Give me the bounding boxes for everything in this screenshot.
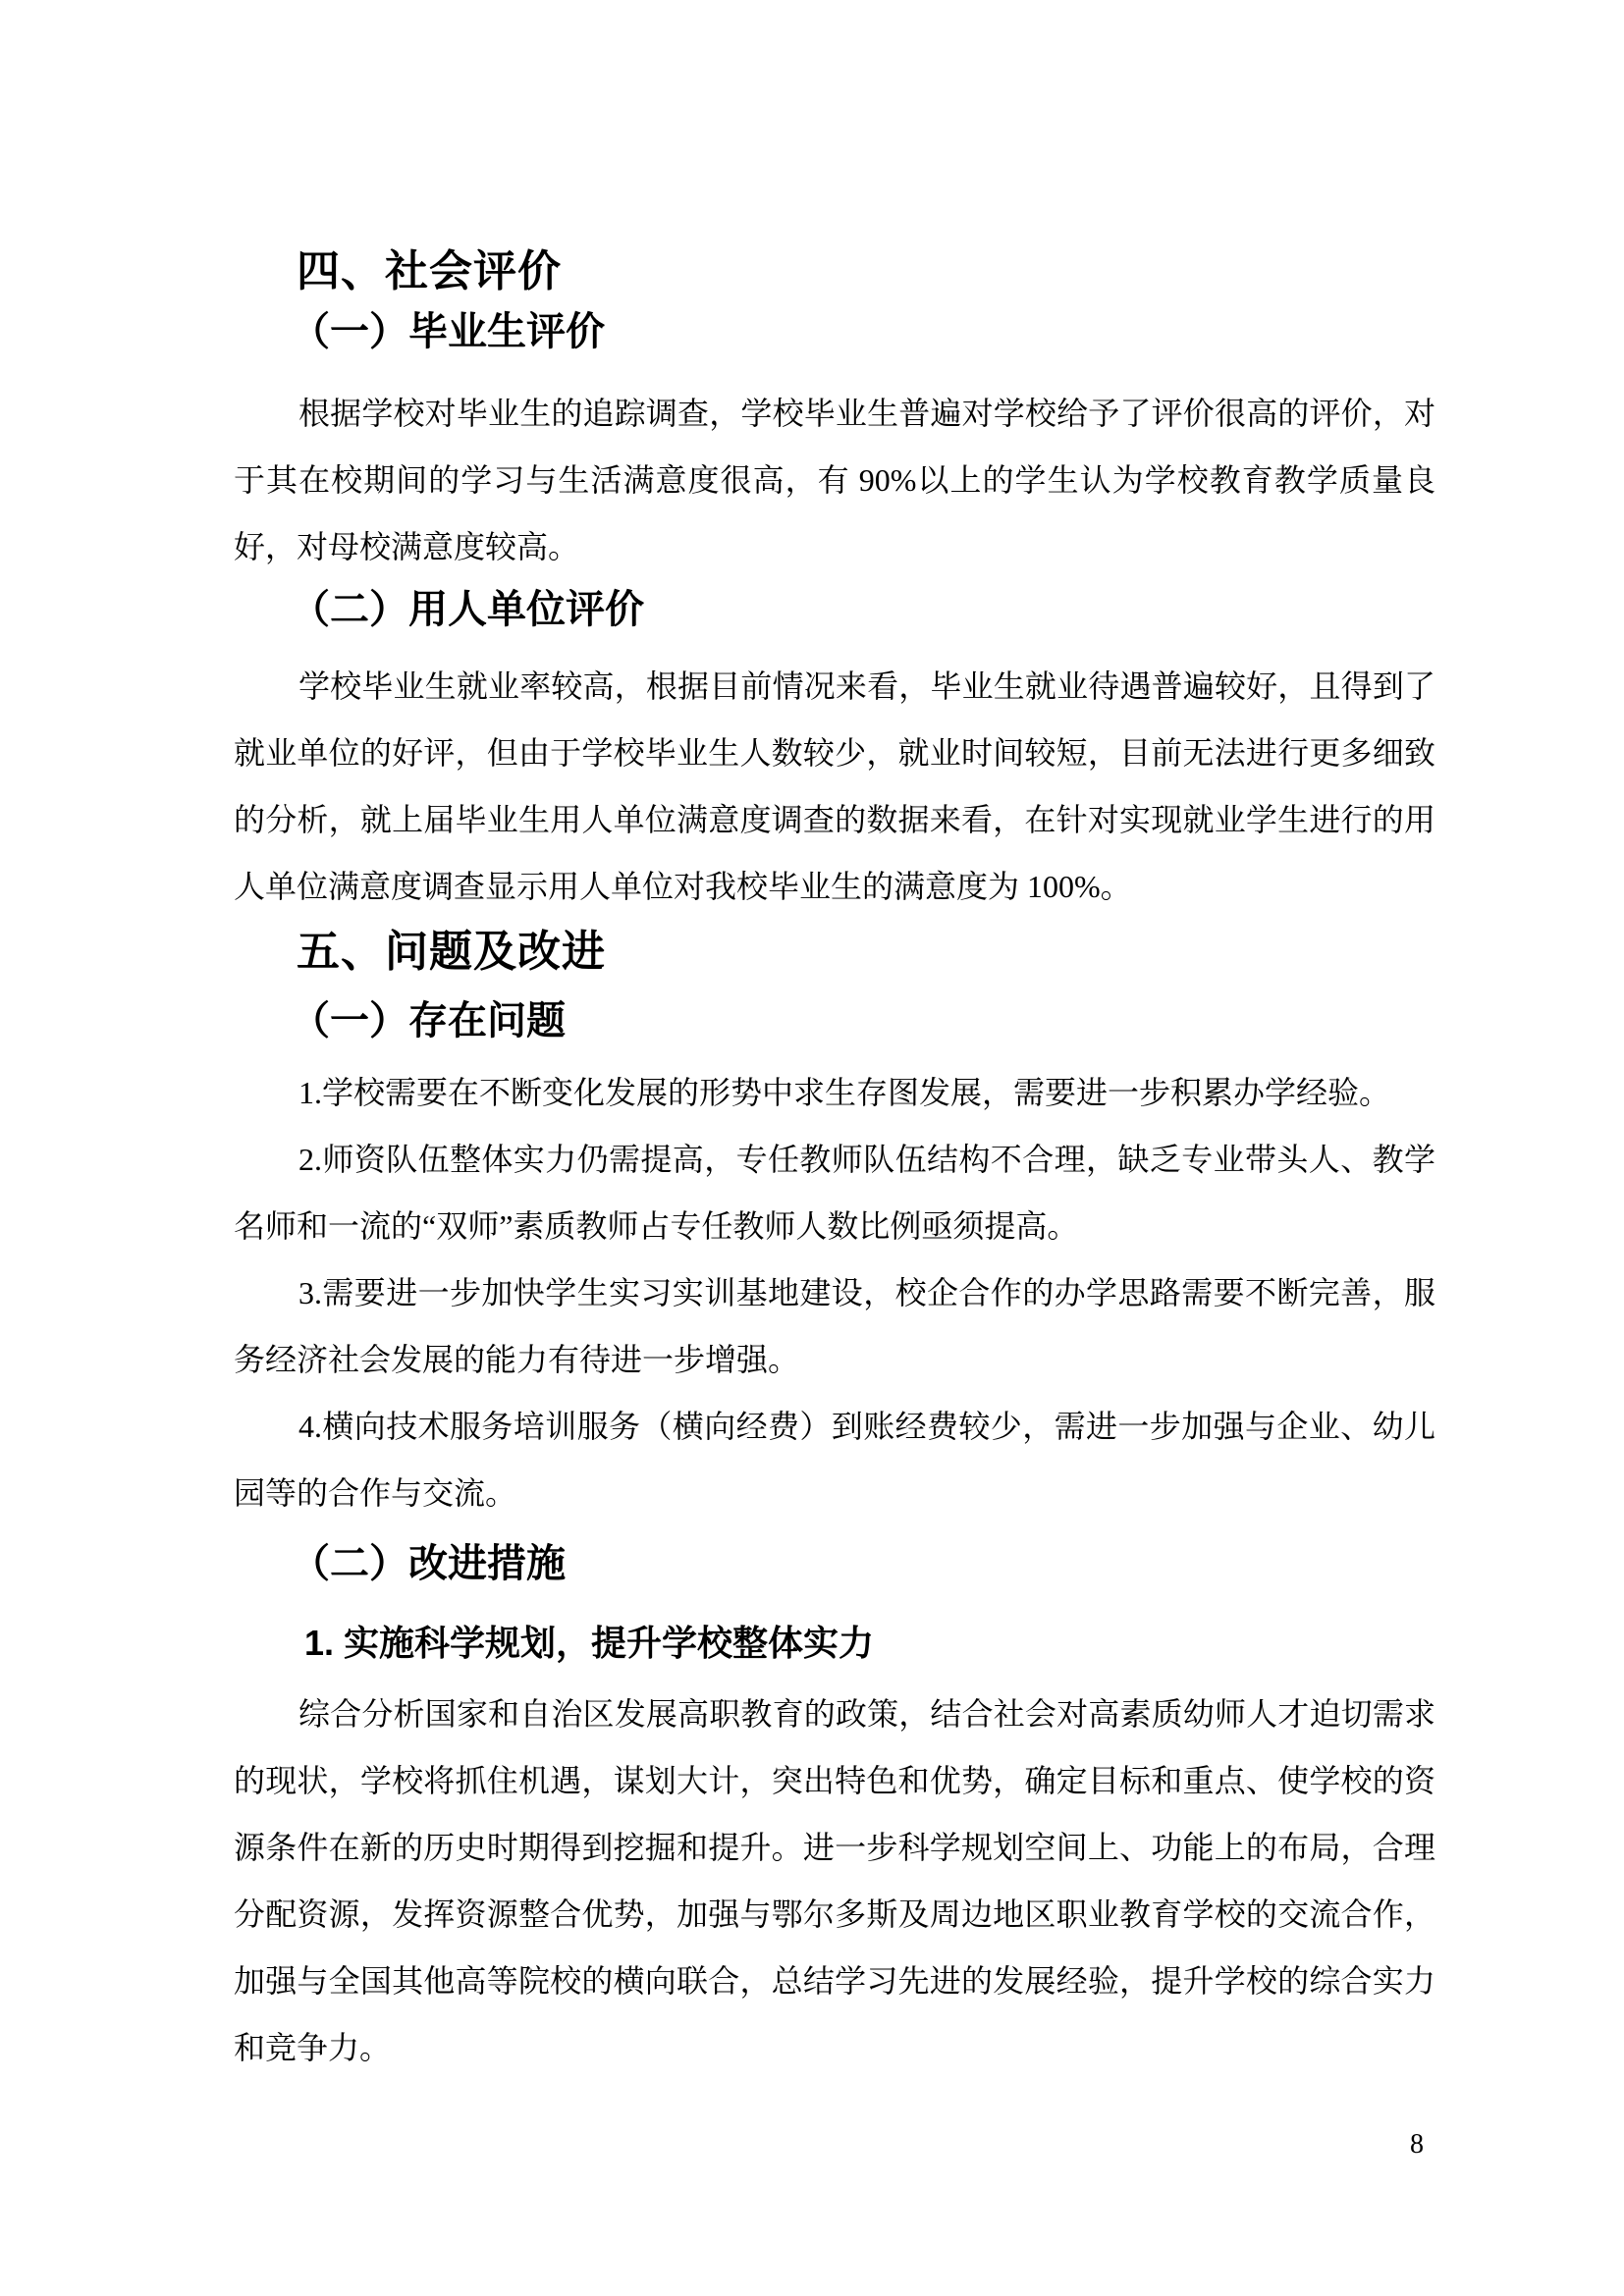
page-number: 8: [1410, 2128, 1424, 2162]
paragraph-text: 综合分析国家和自治区发展高职教育的政策，结合社会对高素质幼师人才迫切需求的现状，…: [234, 1681, 1435, 2081]
section-heading-social-evaluation: 四、社会评价: [297, 246, 562, 297]
paragraph-measure-scientific-planning: 综合分析国家和自治区发展高职教育的政策，结合社会对高素质幼师人才迫切需求的现状，…: [234, 1681, 1435, 2081]
paragraph-text: 根据学校对毕业生的追踪调查，学校毕业生普遍对学校给予了评价很高的评价，对于其在校…: [234, 380, 1435, 580]
subheading-employer-evaluation: （二）用人单位评价: [291, 586, 644, 633]
problem-item-1: 1.学校需要在不断变化发展的形势中求生存图发展，需要进一步积累办学经验。: [234, 1059, 1435, 1126]
subheading-measure-scientific-planning: 1. 实施科学规划，提升学校整体实力: [304, 1622, 874, 1665]
subheading-graduate-evaluation: （一）毕业生评价: [291, 308, 605, 355]
section-heading-problems-improvement: 五、问题及改进: [297, 927, 606, 978]
paragraph-graduate-evaluation: 根据学校对毕业生的追踪调查，学校毕业生普遍对学校给予了评价很高的评价，对于其在校…: [234, 380, 1435, 580]
document-page: 四、社会评价 （一）毕业生评价 根据学校对毕业生的追踪调查，学校毕业生普遍对学校…: [0, 0, 1624, 2296]
problem-item-2: 2.师资队伍整体实力仍需提高，专任教师队伍结构不合理，缺乏专业带头人、教学名师和…: [234, 1126, 1435, 1259]
subheading-improvement-measures: （二）改进措施: [291, 1540, 566, 1587]
problem-item-4: 4.横向技术服务培训服务（横向经费）到账经费较少，需进一步加强与企业、幼儿园等的…: [234, 1393, 1435, 1526]
paragraph-employer-evaluation: 学校毕业生就业率较高，根据目前情况来看，毕业生就业待遇普遍较好，且得到了就业单位…: [234, 653, 1435, 920]
subheading-existing-problems: （一）存在问题: [291, 997, 566, 1044]
paragraph-text: 学校毕业生就业率较高，根据目前情况来看，毕业生就业待遇普遍较好，且得到了就业单位…: [234, 653, 1435, 920]
list-existing-problems: 1.学校需要在不断变化发展的形势中求生存图发展，需要进一步积累办学经验。 2.师…: [234, 1059, 1435, 1526]
problem-item-3: 3.需要进一步加快学生实习实训基地建设，校企合作的办学思路需要不断完善，服务经济…: [234, 1259, 1435, 1393]
